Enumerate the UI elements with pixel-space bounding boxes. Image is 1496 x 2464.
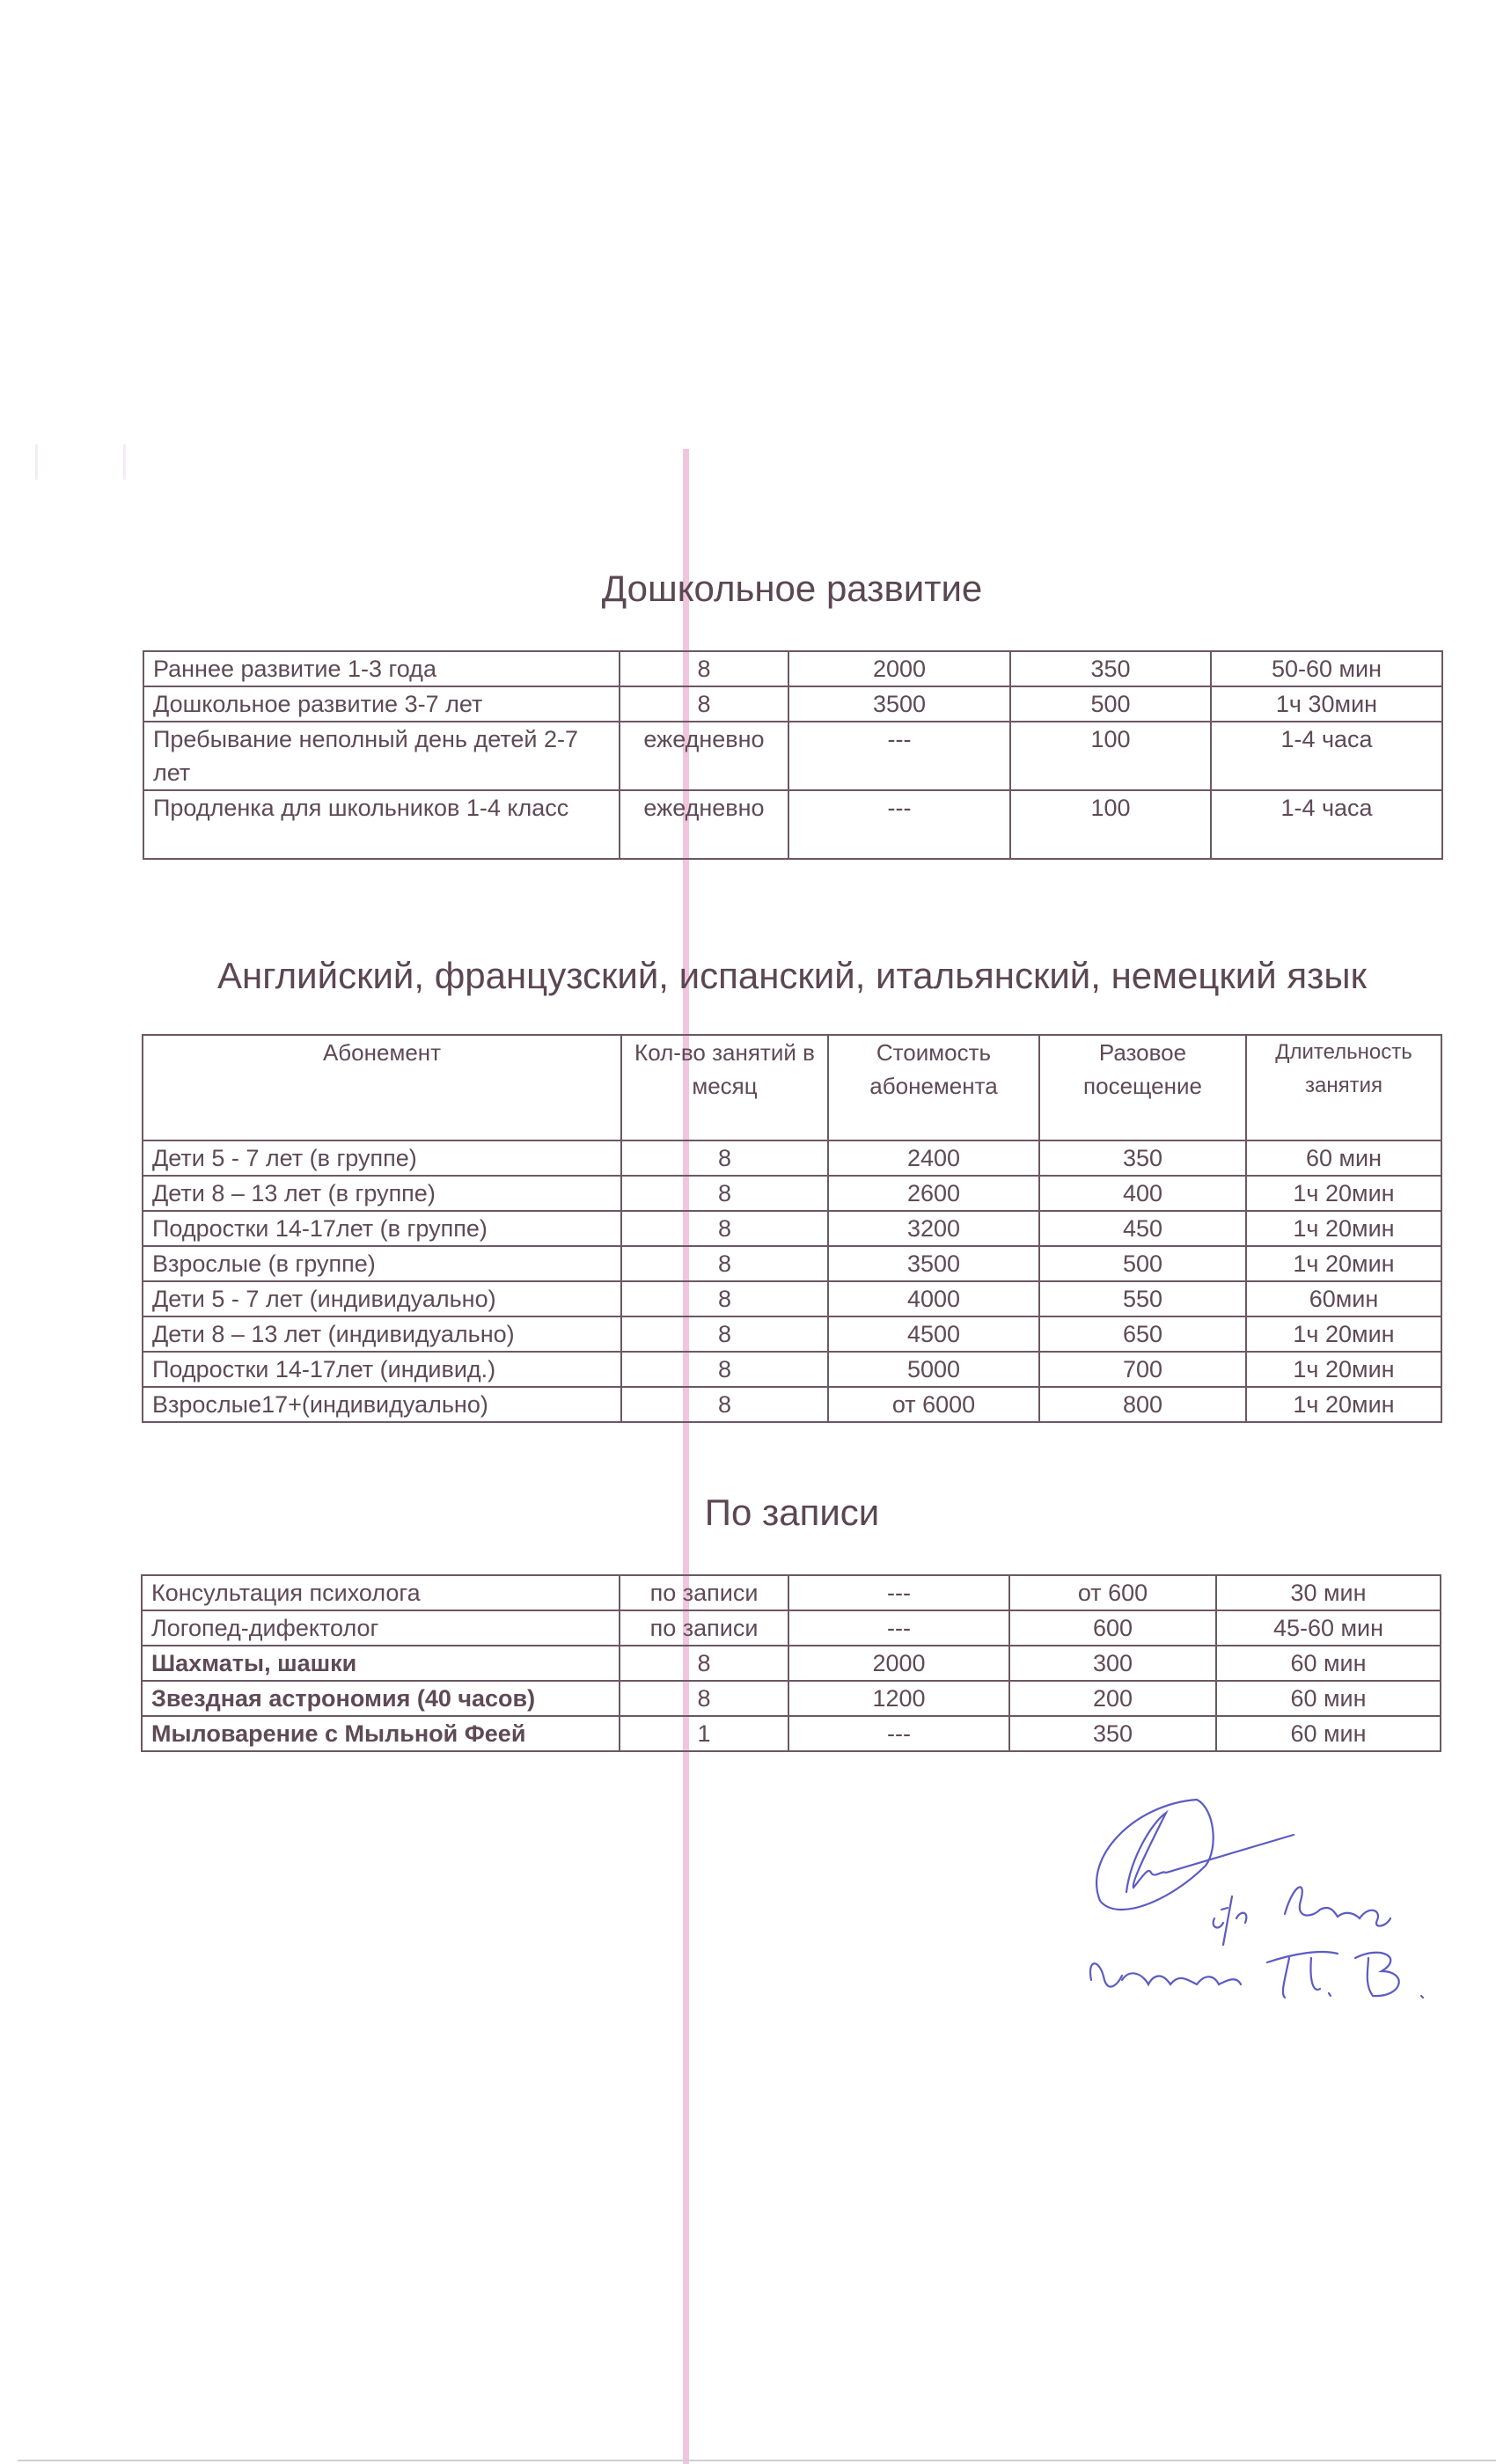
table-row: Консультация психологапо записи---от 600… [142, 1575, 1441, 1610]
table-row: Подростки 14-17лет (в группе)832004501ч … [143, 1211, 1441, 1246]
table-row: Дошкольное развитие 3-7 лет835005001ч 30… [143, 686, 1442, 722]
row-name: Раннее развитие 1-3 года [143, 651, 620, 686]
row-name: Мыловарение с Мыльной Феей [142, 1716, 620, 1751]
row-lessons-per-month: 8 [620, 1681, 788, 1716]
row-lessons-per-month: 1 [620, 1716, 788, 1751]
row-single-visit-price: 450 [1039, 1211, 1246, 1246]
row-lessons-per-month: 8 [621, 1352, 828, 1387]
row-duration: 60 мин [1216, 1716, 1441, 1751]
row-lessons-per-month: 8 [621, 1140, 828, 1176]
row-duration: 1ч 20мин [1246, 1176, 1441, 1211]
row-lessons-per-month: 8 [621, 1281, 828, 1316]
row-duration: 60 мин [1246, 1140, 1441, 1176]
row-single-visit-price: 350 [1039, 1140, 1246, 1176]
row-name: Подростки 14-17лет (индивид.) [143, 1352, 621, 1387]
row-subscription-price: 4500 [828, 1316, 1039, 1352]
header-subscription-name: Абонемент [143, 1035, 621, 1140]
row-duration: 50-60 мин [1211, 651, 1442, 686]
row-subscription-price: 2000 [788, 1646, 1009, 1681]
row-lessons-per-month: 8 [621, 1387, 828, 1422]
row-name: Консультация психолога [142, 1575, 620, 1610]
table-row: Подростки 14-17лет (индивид.)850007001ч … [143, 1352, 1441, 1387]
row-single-visit-price: 350 [1010, 651, 1211, 686]
row-single-visit-price: 500 [1010, 686, 1211, 722]
row-subscription-price: --- [788, 722, 1010, 790]
section-title-languages: Английский, французский, испанский, итал… [141, 955, 1443, 997]
by-appointment-table: Консультация психологапо записи---от 600… [141, 1574, 1441, 1752]
row-subscription-price: --- [788, 1610, 1009, 1646]
scan-artifact [123, 444, 126, 480]
row-single-visit-price: 350 [1009, 1716, 1216, 1751]
row-duration: 60 мин [1216, 1646, 1441, 1681]
table-row: Мыловарение с Мыльной Феей1---35060 мин [142, 1716, 1441, 1751]
row-duration: 45-60 мин [1216, 1610, 1441, 1646]
row-lessons-per-month: 8 [620, 1646, 788, 1681]
preschool-table: Раннее развитие 1-3 года8200035050-60 ми… [143, 650, 1443, 860]
row-lessons-per-month: ежедневно [620, 722, 788, 790]
row-name: Дети 5 - 7 лет (в группе) [143, 1140, 621, 1176]
table-row: Пребывание неполный день детей 2-7 летеж… [143, 722, 1442, 790]
row-duration: 30 мин [1216, 1575, 1441, 1610]
row-single-visit-price: 200 [1009, 1681, 1216, 1716]
page-bottom-edge [18, 2460, 1496, 2461]
row-duration: 1-4 часа [1211, 722, 1442, 790]
table-header-row: Абонемент Кол-во занятий в месяц Стоимос… [143, 1035, 1441, 1140]
row-single-visit-price: 700 [1039, 1352, 1246, 1387]
row-subscription-price: 1200 [788, 1681, 1009, 1716]
row-single-visit-price: 800 [1039, 1387, 1246, 1422]
row-lessons-per-month: 8 [621, 1316, 828, 1352]
row-duration: 60 мин [1216, 1681, 1441, 1716]
row-duration: 1ч 20мин [1246, 1352, 1441, 1387]
row-lessons-per-month: 8 [620, 686, 788, 722]
row-single-visit-price: 400 [1039, 1176, 1246, 1211]
row-name: Взрослые17+(индивидуально) [143, 1387, 621, 1422]
row-name: Логопед-дифектолог [142, 1610, 620, 1646]
row-single-visit-price: 650 [1039, 1316, 1246, 1352]
row-name: Дети 8 – 13 лет (индивидуально) [143, 1316, 621, 1352]
section-title-by-appointment: По записи [141, 1492, 1443, 1534]
section-title-preschool: Дошкольное развитие [141, 568, 1443, 610]
row-name: Взрослые (в группе) [143, 1246, 621, 1281]
row-subscription-price: --- [788, 1575, 1009, 1610]
row-name: Дошкольное развитие 3-7 лет [143, 686, 620, 722]
table-row: Дети 5 - 7 лет (индивидуально)8400055060… [143, 1281, 1441, 1316]
header-subscription-price: Стоимость абонемента [828, 1035, 1039, 1140]
row-name: Звездная астрономия (40 часов) [142, 1681, 620, 1716]
row-single-visit-price: 550 [1039, 1281, 1246, 1316]
row-duration: 1ч 20мин [1246, 1316, 1441, 1352]
row-single-visit-price: 100 [1010, 790, 1211, 859]
row-subscription-price: --- [788, 1716, 1009, 1751]
table-row: Взрослые17+(индивидуально)8от 60008001ч … [143, 1387, 1441, 1422]
table-row: Звездная астрономия (40 часов)8120020060… [142, 1681, 1441, 1716]
row-duration: 1ч 20мин [1246, 1387, 1441, 1422]
row-subscription-price: --- [788, 790, 1010, 859]
table-row: Взрослые (в группе)835005001ч 20мин [143, 1246, 1441, 1281]
row-single-visit-price: 500 [1039, 1246, 1246, 1281]
table-row: Продленка для школьников 1-4 классежедне… [143, 790, 1442, 859]
scan-artifact [35, 444, 38, 480]
row-name: Шахматы, шашки [142, 1646, 620, 1681]
svg-text:б/н верно: б/н верно [1214, 1935, 1219, 1937]
row-subscription-price: 4000 [828, 1281, 1039, 1316]
row-lessons-per-month: по записи [620, 1610, 788, 1646]
header-lessons-per-month: Кол-во занятий в месяц [621, 1035, 828, 1140]
row-single-visit-price: от 600 [1009, 1575, 1216, 1610]
row-name: Продленка для школьников 1-4 класс [143, 790, 620, 859]
table-row: Шахматы, шашки8200030060 мин [142, 1646, 1441, 1681]
handwritten-signature: б/н верно [1065, 1769, 1452, 2024]
row-subscription-price: 3500 [788, 686, 1010, 722]
row-duration: 1ч 20мин [1246, 1211, 1441, 1246]
row-subscription-price: 2600 [828, 1176, 1039, 1211]
table-row: Дети 5 - 7 лет (в группе)8240035060 мин [143, 1140, 1441, 1176]
row-duration: 1ч 30мин [1211, 686, 1442, 722]
row-subscription-price: 2400 [828, 1140, 1039, 1176]
row-duration: 1ч 20мин [1246, 1246, 1441, 1281]
row-lessons-per-month: 8 [621, 1211, 828, 1246]
row-duration: 60мин [1246, 1281, 1441, 1316]
header-duration: Длительность занятия [1246, 1035, 1441, 1140]
row-lessons-per-month: 8 [621, 1176, 828, 1211]
row-name: Пребывание неполный день детей 2-7 лет [143, 722, 620, 790]
row-single-visit-price: 300 [1009, 1646, 1216, 1681]
row-lessons-per-month: ежедневно [620, 790, 788, 859]
row-subscription-price: 3500 [828, 1246, 1039, 1281]
table-row: Дети 8 – 13 лет (в группе)826004001ч 20м… [143, 1176, 1441, 1211]
languages-table: Абонемент Кол-во занятий в месяц Стоимос… [142, 1034, 1442, 1423]
row-lessons-per-month: 8 [621, 1246, 828, 1281]
row-subscription-price: 5000 [828, 1352, 1039, 1387]
table-row: Дети 8 – 13 лет (индивидуально)845006501… [143, 1316, 1441, 1352]
row-lessons-per-month: 8 [620, 651, 788, 686]
row-name: Дети 8 – 13 лет (в группе) [143, 1176, 621, 1211]
row-duration: 1-4 часа [1211, 790, 1442, 859]
row-subscription-price: от 6000 [828, 1387, 1039, 1422]
row-subscription-price: 2000 [788, 651, 1010, 686]
row-single-visit-price: 600 [1009, 1610, 1216, 1646]
header-single-visit: Разовое посещение [1039, 1035, 1246, 1140]
table-row: Логопед-дифектологпо записи---60045-60 м… [142, 1610, 1441, 1646]
table-row: Раннее развитие 1-3 года8200035050-60 ми… [143, 651, 1442, 686]
row-subscription-price: 3200 [828, 1211, 1039, 1246]
row-name: Дети 5 - 7 лет (индивидуально) [143, 1281, 621, 1316]
row-single-visit-price: 100 [1010, 722, 1211, 790]
row-name: Подростки 14-17лет (в группе) [143, 1211, 621, 1246]
row-lessons-per-month: по записи [620, 1575, 788, 1610]
